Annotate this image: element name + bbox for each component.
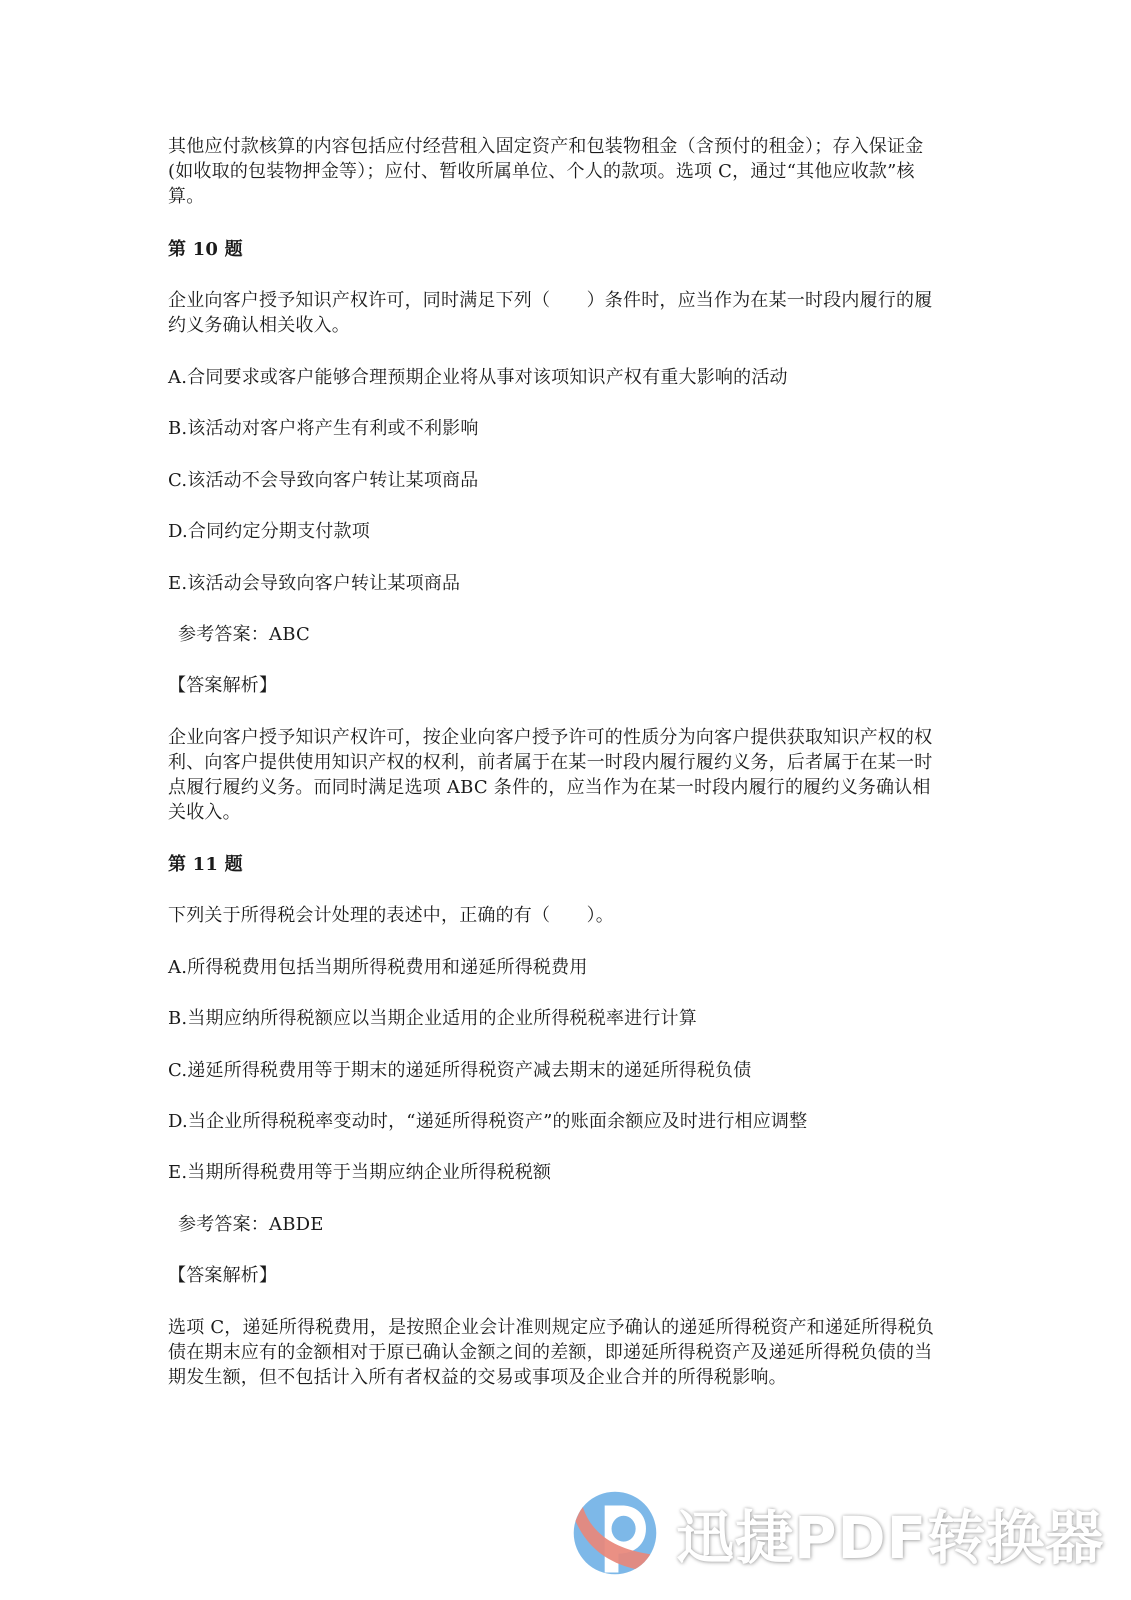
question-10-option-d: D.合同约定分期支付款项 [168, 519, 938, 544]
question-11-analysis: 选项 C，递延所得税费用，是按照企业会计准则规定应予确认的递延所得税资产和递延所… [168, 1315, 938, 1390]
question-11-option-b: B.当期应纳所得税额应以当期企业适用的企业所得税税率进行计算 [168, 1006, 938, 1031]
question-10-analysis: 企业向客户授予知识产权许可，按企业向客户授予许可的性质分为向客户提供获取知识产权… [168, 725, 938, 825]
watermark: 迅捷PDF转换器 [572, 1488, 1092, 1578]
question-10-analysis-label: 【答案解析】 [168, 673, 938, 698]
question-10-option-a: A.合同要求或客户能够合理预期企业将从事对该项知识产权有重大影响的活动 [168, 365, 938, 390]
question-11-option-c: C.递延所得税费用等于期末的递延所得税资产减去期末的递延所得税负债 [168, 1058, 938, 1083]
question-10-title: 第 10 题 [168, 237, 938, 262]
question-11-stem: 下列关于所得税会计处理的表述中，正确的有（ ）。 [168, 903, 938, 928]
question-11-answer: 参考答案：ABDE [168, 1212, 948, 1237]
question-11-title: 第 11 题 [168, 852, 938, 877]
question-10-stem: 企业向客户授予知识产权许可，同时满足下列（ ）条件时，应当作为在某一时段内履行的… [168, 288, 938, 338]
question-10-answer: 参考答案：ABC [168, 622, 948, 647]
question-10-option-c: C.该活动不会导致向客户转让某项商品 [168, 468, 938, 493]
question-10-option-e: E.该活动会导致向客户转让某项商品 [168, 571, 938, 596]
xunjie-pdf-logo-icon [572, 1490, 658, 1576]
question-10-option-b: B.该活动对客户将产生有利或不利影响 [168, 416, 938, 441]
intro-paragraph: 其他应付款核算的内容包括应付经营租入固定资产和包装物租金（含预付的租金）；存入保… [168, 134, 938, 209]
question-11-option-a: A.所得税费用包括当期所得税费用和递延所得税费用 [168, 955, 938, 980]
question-11-option-e: E.当期所得税费用等于当期应纳企业所得税税额 [168, 1160, 938, 1185]
question-11-option-d: D.当企业所得税税率变动时，“递延所得税资产”的账面余额应及时进行相应调整 [168, 1109, 938, 1134]
watermark-text: 迅捷PDF转换器 [676, 1491, 1104, 1575]
question-11-analysis-label: 【答案解析】 [168, 1263, 938, 1288]
